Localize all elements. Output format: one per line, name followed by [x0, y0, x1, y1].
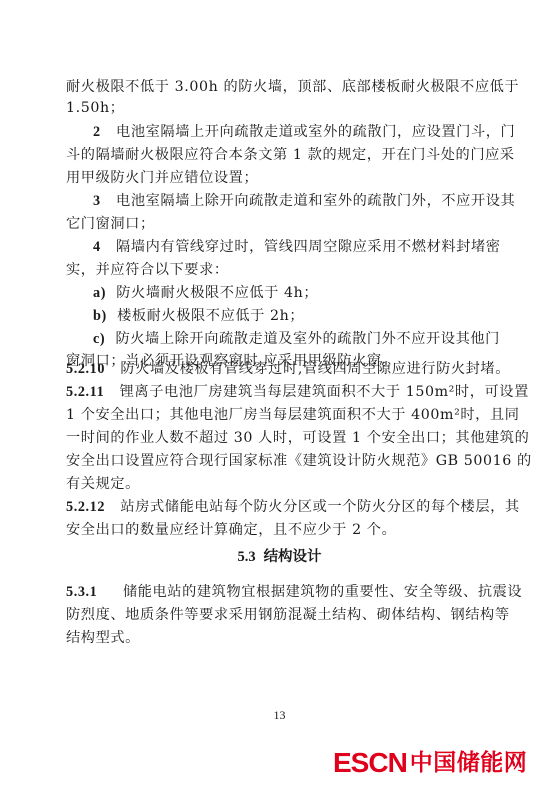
- text-line: 1 个安全出口；其他电池厂房当每层建筑面积不大于 400m²时，且同: [66, 405, 494, 425]
- clause-5-2-12: 5.2.12 站房式储能电站每个防火分区或一个防火分区的每个楼层，其: [66, 497, 494, 517]
- text-line: 安全出口设置应符合现行国家标准《建筑设计防火规范》GB 50016 的: [66, 451, 494, 471]
- text-line: 一时间的作业人数不超过 30 人时，可设置 1 个安全出口；其他建筑的: [66, 428, 494, 448]
- text-line: 防烈度、地质条件等要求采用钢筋混凝土结构、砌体结构、钢结构等: [66, 605, 494, 625]
- text-line: 用甲级防火门并应错位设置；: [66, 168, 494, 188]
- item-label: b): [93, 308, 107, 324]
- text-line: 耐火极限不低于 3.00h 的防火墙，顶部、底部楼板耐火极限不应低于: [66, 77, 494, 97]
- clause-2: 2 电池室隔墙上开向疏散走道或室外的疏散门，应设置门斗，门: [93, 122, 494, 142]
- clause-number: 5.2.11: [66, 384, 104, 400]
- escn-watermark-logo: ESCN 中国储能网: [333, 749, 527, 777]
- text-line: 它门窗洞口；: [66, 214, 494, 234]
- item-c: c) 防火墙上除开向疏散走道及室外的疏散门外不应开设其他门: [93, 329, 494, 349]
- text-line: 实，并应符合以下要求：: [66, 260, 494, 280]
- clause-3: 3 电池室隔墙上除开向疏散走道和室外的疏散门外，不应开设其: [93, 191, 494, 211]
- section-number: 5.3: [237, 549, 255, 565]
- item-b: b) 楼板耐火极限不应低于 2h；: [93, 306, 494, 326]
- logo-cn: 中国储能网: [410, 749, 528, 777]
- section-heading: 5.3结构设计: [0, 547, 559, 567]
- text-line: 斗的隔墙耐火极限应符合本条文第 1 款的规定，开在门斗处的门应采: [66, 145, 494, 165]
- clause-number: 5.3.1: [66, 584, 97, 600]
- page-number: 13: [0, 708, 559, 723]
- text-line: 有关规定。: [66, 474, 494, 494]
- item-label: a): [93, 285, 106, 301]
- logo-en: ESCN: [333, 749, 407, 777]
- item-label: c): [93, 331, 105, 347]
- text-line: 结构型式。: [66, 628, 494, 648]
- clause-5-2-11: 5.2.11 锂离子电池厂房建筑当每层建筑面积不大于 150m²时，可设置: [66, 382, 494, 402]
- clause-4: 4 隔墙内有管线穿过时，管线四周空隙应采用不燃材料封堵密: [93, 237, 494, 257]
- section-title: 结构设计: [264, 549, 322, 565]
- clause-5-2-10: 5.2.10 防火墙及楼板有管线穿过时,管线四周空隙应进行防火封堵。: [66, 359, 494, 379]
- document-page: 耐火极限不低于 3.00h 的防火墙，顶部、底部楼板耐火极限不应低于 1.50h…: [0, 0, 559, 794]
- clause-number: 5.2.10: [66, 361, 105, 377]
- text-line: 安全出口的数量应经计算确定，且不应少于 2 个。: [66, 520, 494, 540]
- text-line: 1.50h；: [66, 98, 494, 118]
- clause-number: 4: [93, 239, 101, 255]
- clause-5-3-1: 5.3.1 储能电站的建筑物宜根据建筑物的重要性、安全等级、抗震设: [66, 582, 494, 602]
- item-a: a) 防火墙耐火极限不应低于 4h；: [93, 283, 494, 303]
- clause-number: 5.2.12: [66, 499, 105, 515]
- clause-number: 3: [93, 193, 101, 209]
- clause-number: 2: [93, 124, 101, 140]
